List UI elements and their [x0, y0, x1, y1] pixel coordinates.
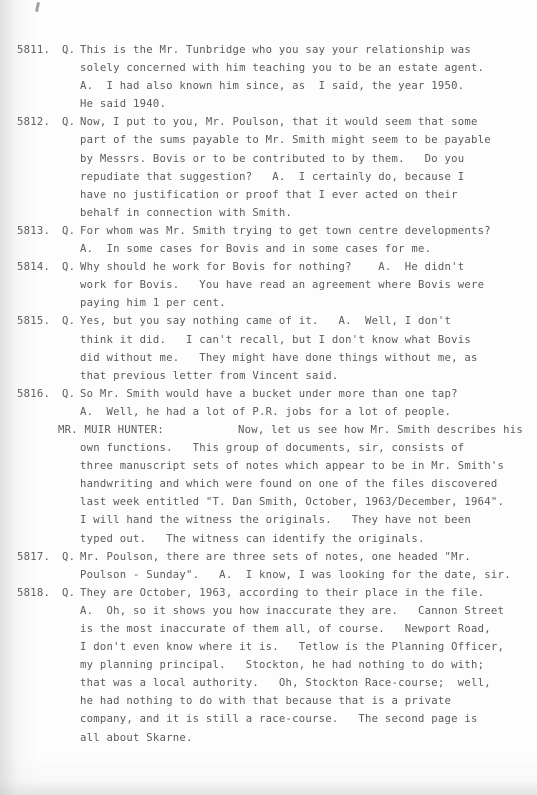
- line-text: work for Bovis. You have read an agreeme…: [80, 276, 484, 294]
- transcript-line: repudiate that suggestion? A. I certainl…: [0, 168, 537, 186]
- transcript-line: did without me. They might have done thi…: [0, 349, 537, 367]
- question-number: 5811.: [17, 41, 50, 59]
- question-number: 5816.: [17, 385, 50, 403]
- transcript-line: own functions. This group of documents, …: [0, 439, 537, 457]
- line-text: Poulson - Sunday". A. I know, I was look…: [80, 566, 511, 584]
- line-text: part of the sums payable to Mr. Smith mi…: [80, 131, 491, 149]
- transcript-line: A. Oh, so it shows you how inaccurate th…: [0, 602, 537, 620]
- transcript-line: A. I had also known him since, as I said…: [0, 77, 537, 95]
- line-text: Mr. Poulson, there are three sets of not…: [80, 548, 471, 566]
- question-marker: Q.: [62, 385, 75, 403]
- line-text: I will hand the witness the originals. T…: [80, 511, 471, 529]
- transcript-line: have no justification or proof that I ev…: [0, 186, 537, 204]
- question-number: 5815.: [17, 312, 50, 330]
- transcript-line: 5812.Q.Now, I put to you, Mr. Poulson, t…: [0, 113, 537, 131]
- transcript-line: typed out. The witness can identify the …: [0, 530, 537, 548]
- transcript-line: three manuscript sets of notes which app…: [0, 457, 537, 475]
- question-marker: Q.: [62, 548, 75, 566]
- transcript-line: paying him 1 per cent.: [0, 294, 537, 312]
- speaker-label: MR. MUIR HUNTER:: [58, 421, 164, 439]
- question-marker: Q.: [62, 113, 75, 131]
- line-text: He said 1940.: [80, 95, 166, 113]
- transcript-line: He said 1940.: [0, 95, 537, 113]
- line-text: company, and it is still a race-course. …: [80, 710, 478, 728]
- question-number: 5813.: [17, 222, 50, 240]
- line-text: So Mr. Smith would have a bucket under m…: [80, 385, 458, 403]
- line-text: solely concerned with him teaching you t…: [80, 59, 484, 77]
- line-text: I don't even know where it is. Tetlow is…: [80, 638, 504, 656]
- question-marker: Q.: [62, 312, 75, 330]
- transcript-line: Poulson - Sunday". A. I know, I was look…: [0, 566, 537, 584]
- line-text: This is the Mr. Tunbridge who you say yo…: [80, 41, 471, 59]
- transcript-line: 5817.Q.Mr. Poulson, there are three sets…: [0, 548, 537, 566]
- transcript-line: A. In some cases for Bovis and in some c…: [0, 240, 537, 258]
- transcript-line: 5814.Q.Why should he work for Bovis for …: [0, 258, 537, 276]
- transcript-line: by Messrs. Bovis or to be contributed to…: [0, 150, 537, 168]
- transcript-line: 5811.Q.This is the Mr. Tunbridge who you…: [0, 41, 537, 59]
- line-text: did without me. They might have done thi…: [80, 349, 478, 367]
- transcript-line: work for Bovis. You have read an agreeme…: [0, 276, 537, 294]
- line-text: he had nothing to do with that because t…: [80, 692, 451, 710]
- question-number: 5814.: [17, 258, 50, 276]
- line-text: have no justification or proof that I ev…: [80, 186, 458, 204]
- line-text: handwriting and which were found on one …: [80, 475, 498, 493]
- line-text: my planning principal. Stockton, he had …: [80, 656, 484, 674]
- line-text: They are October, 1963, according to the…: [80, 584, 484, 602]
- pen-mark: [35, 2, 40, 12]
- line-text: repudiate that suggestion? A. I certainl…: [80, 168, 464, 186]
- line-text: by Messrs. Bovis or to be contributed to…: [80, 150, 464, 168]
- line-text: all about Skarne.: [80, 729, 193, 747]
- line-text: that previous letter from Vincent said.: [80, 367, 339, 385]
- transcript-line: I don't even know where it is. Tetlow is…: [0, 638, 537, 656]
- line-text: For whom was Mr. Smith trying to get tow…: [80, 222, 491, 240]
- transcript-line: think it did. I can't recall, but I don'…: [0, 331, 537, 349]
- line-text: think it did. I can't recall, but I don'…: [80, 331, 471, 349]
- speaker-text: Now, let us see how Mr. Smith describes …: [238, 421, 523, 439]
- question-marker: Q.: [62, 258, 75, 276]
- line-text: behalf in connection with Smith.: [80, 204, 292, 222]
- line-text: last week entitled "T. Dan Smith, Octobe…: [80, 493, 504, 511]
- line-text: paying him 1 per cent.: [80, 294, 226, 312]
- question-marker: Q.: [62, 222, 75, 240]
- transcript-line: my planning principal. Stockton, he had …: [0, 656, 537, 674]
- line-text: A. Well, he had a lot of P.R. jobs for a…: [80, 403, 451, 421]
- question-number: 5817.: [17, 548, 50, 566]
- transcript-line: company, and it is still a race-course. …: [0, 710, 537, 728]
- question-number: 5812.: [17, 113, 50, 131]
- transcript-line: all about Skarne.: [0, 729, 537, 747]
- question-number: 5818.: [17, 584, 50, 602]
- line-text: Why should he work for Bovis for nothing…: [80, 258, 464, 276]
- line-text: Now, I put to you, Mr. Poulson, that it …: [80, 113, 478, 131]
- transcript-line: 5818.Q.They are October, 1963, according…: [0, 584, 537, 602]
- transcript-line: behalf in connection with Smith.: [0, 204, 537, 222]
- transcript-line: 5816.Q.So Mr. Smith would have a bucket …: [0, 385, 537, 403]
- transcript-line: handwriting and which were found on one …: [0, 475, 537, 493]
- transcript-line: I will hand the witness the originals. T…: [0, 511, 537, 529]
- transcript-line: he had nothing to do with that because t…: [0, 692, 537, 710]
- speaker-line: MR. MUIR HUNTER:Now, let us see how Mr. …: [0, 421, 537, 439]
- line-text: typed out. The witness can identify the …: [80, 530, 425, 548]
- transcript-line: A. Well, he had a lot of P.R. jobs for a…: [0, 403, 537, 421]
- transcript-line: 5813.Q.For whom was Mr. Smith trying to …: [0, 222, 537, 240]
- transcript-line: solely concerned with him teaching you t…: [0, 59, 537, 77]
- transcript-line: last week entitled "T. Dan Smith, Octobe…: [0, 493, 537, 511]
- transcript-line: part of the sums payable to Mr. Smith mi…: [0, 131, 537, 149]
- transcript-line: that was a local authority. Oh, Stockton…: [0, 674, 537, 692]
- transcript-line: is the most inaccurate of them all, of c…: [0, 620, 537, 638]
- question-marker: Q.: [62, 584, 75, 602]
- line-text: three manuscript sets of notes which app…: [80, 457, 504, 475]
- line-text: A. I had also known him since, as I said…: [80, 77, 464, 95]
- question-marker: Q.: [62, 41, 75, 59]
- transcript-body: 5811.Q.This is the Mr. Tunbridge who you…: [0, 41, 537, 747]
- transcript-line: that previous letter from Vincent said.: [0, 367, 537, 385]
- transcript-line: 5815.Q.Yes, but you say nothing came of …: [0, 312, 537, 330]
- line-text: own functions. This group of documents, …: [80, 439, 464, 457]
- line-text: that was a local authority. Oh, Stockton…: [80, 674, 491, 692]
- line-text: A. Oh, so it shows you how inaccurate th…: [80, 602, 504, 620]
- scanned-page: 5811.Q.This is the Mr. Tunbridge who you…: [0, 0, 537, 795]
- line-text: Yes, but you say nothing came of it. A. …: [80, 312, 451, 330]
- line-text: A. In some cases for Bovis and in some c…: [80, 240, 431, 258]
- line-text: is the most inaccurate of them all, of c…: [80, 620, 491, 638]
